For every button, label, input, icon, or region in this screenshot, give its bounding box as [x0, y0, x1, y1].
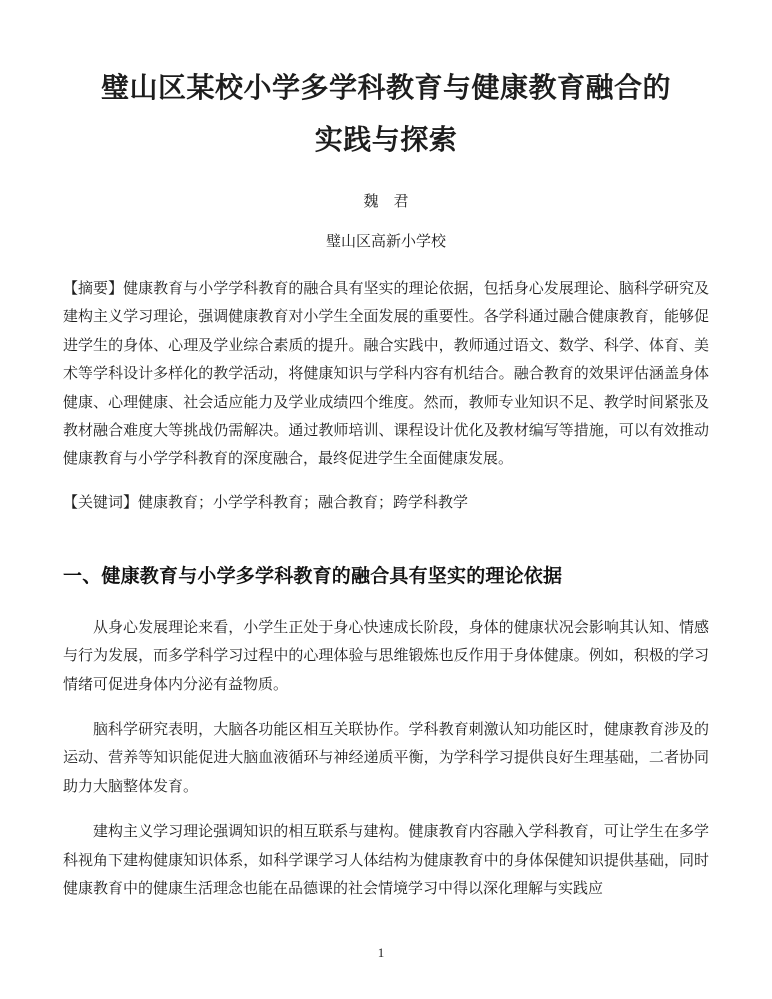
document-page: 璧山区某校小学多学科教育与健康教育融合的 实践与探索 魏 君 璧山区高新小学校 … [0, 0, 772, 999]
abstract-text: 健康教育与小学学科教育的融合具有坚实的理论依据，包括身心发展理论、脑科学研究及建… [63, 281, 709, 467]
keywords-label: 【关键词】 [63, 495, 138, 511]
page-number: 1 [0, 945, 762, 961]
section-1-paragraph-1: 从身心发展理论来看，小学生正处于身心快速成长阶段，身体的健康状况会影响其认知、情… [63, 614, 709, 699]
section-1-paragraph-2: 脑科学研究表明，大脑各功能区相互关联协作。学科教育刺激认知功能区时，健康教育涉及… [63, 716, 709, 801]
keywords-line: 【关键词】健康教育；小学学科教育；融合教育；跨学科教学 [63, 489, 709, 517]
paper-title: 璧山区某校小学多学科教育与健康教育融合的 实践与探索 [63, 63, 709, 167]
abstract-paragraph: 【摘要】健康教育与小学学科教育的融合具有坚实的理论依据，包括身心发展理论、脑科学… [63, 275, 709, 474]
abstract-label: 【摘要】 [63, 281, 123, 297]
author-affiliation: 璧山区高新小学校 [63, 232, 709, 252]
paper-title-line-2: 实践与探索 [63, 115, 709, 167]
author-name: 魏 君 [63, 192, 709, 212]
section-1-heading: 一、健康教育与小学多学科教育的融合具有坚实的理论依据 [63, 564, 709, 590]
section-1-paragraph-3: 建构主义学习理论强调知识的相互联系与建构。健康教育内容融入学科教育，可让学生在多… [63, 818, 709, 903]
paper-title-line-1: 璧山区某校小学多学科教育与健康教育融合的 [63, 63, 709, 115]
keywords-text: 健康教育；小学学科教育；融合教育；跨学科教学 [138, 495, 468, 511]
